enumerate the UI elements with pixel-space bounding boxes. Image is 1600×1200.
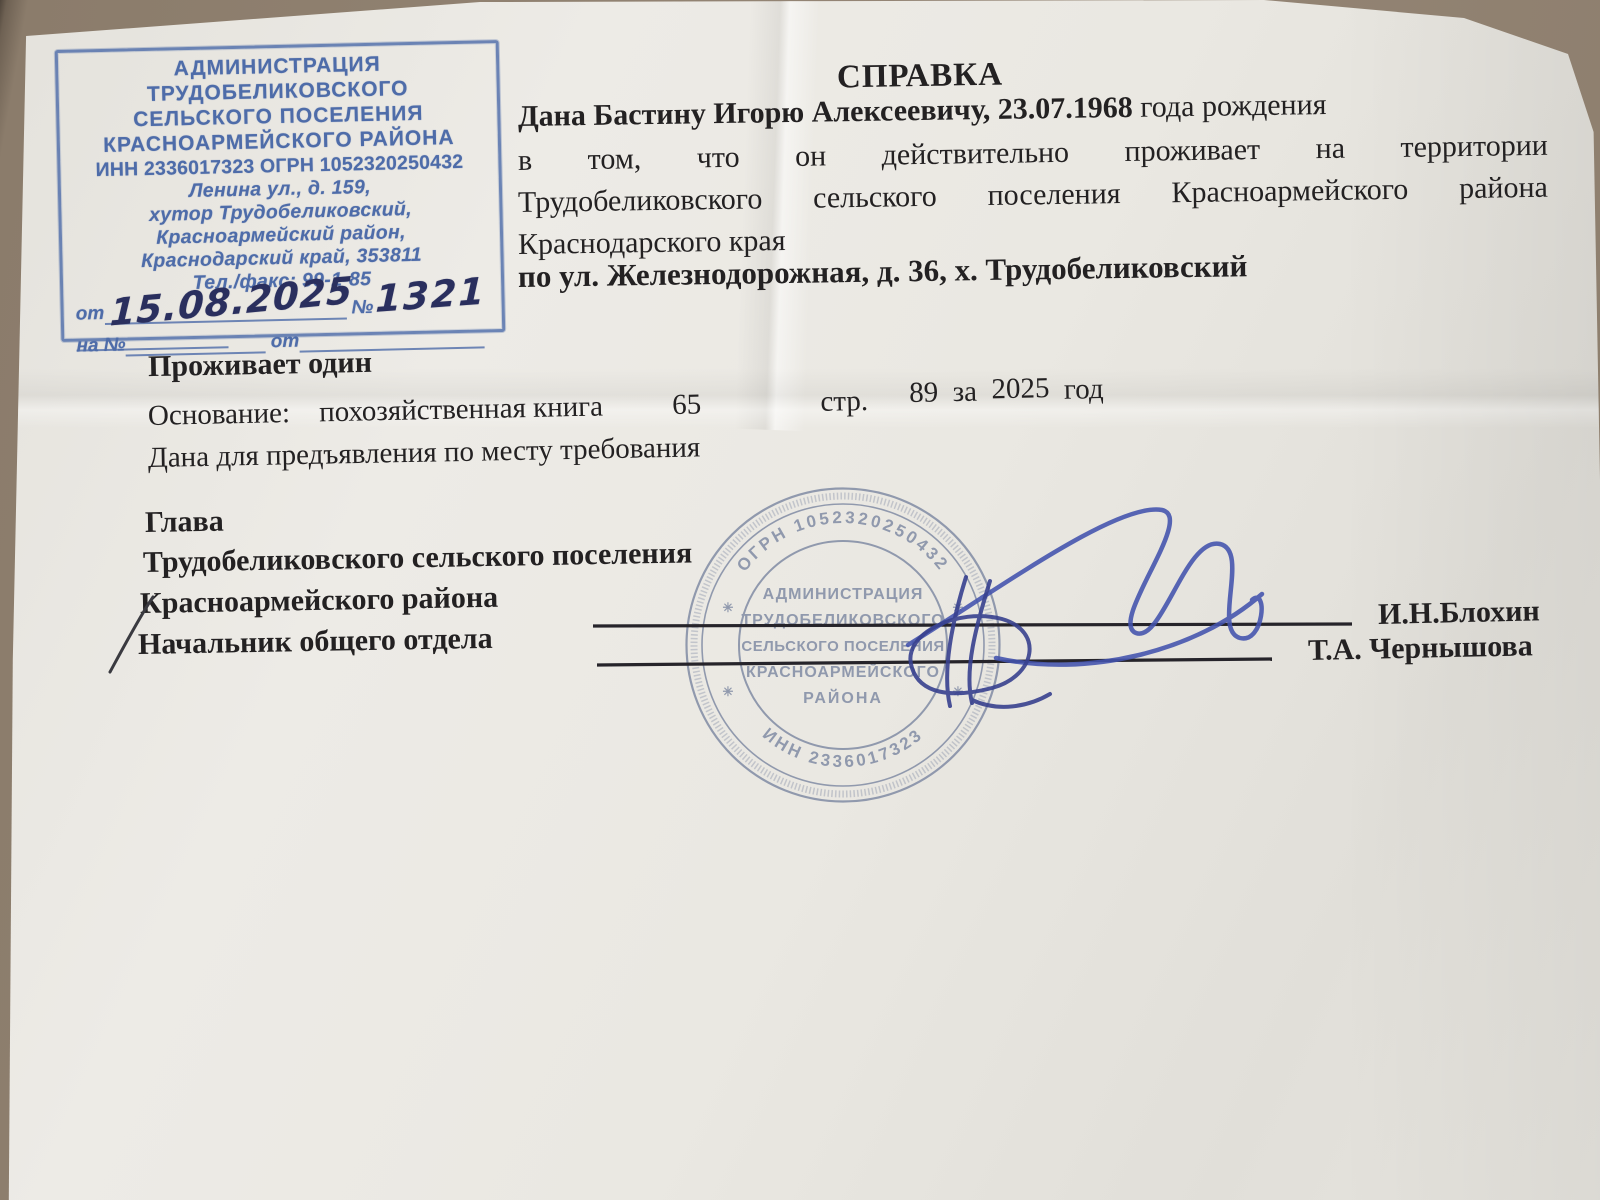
- post2-name: Т.А. Чернышова: [1308, 629, 1533, 668]
- basis-book-number: 65: [672, 388, 702, 421]
- stamp-on-no-label: на №: [76, 335, 126, 357]
- birth-suffix: года рождения: [1132, 88, 1326, 124]
- lives-alone-line: Проживает один: [148, 346, 373, 384]
- basis-for-label: за: [952, 376, 977, 409]
- post1-title-line1: Глава: [145, 505, 224, 540]
- body-line-3: ТрудобеликовскогосельскогопоселенияКрасн…: [518, 171, 1548, 220]
- seal-separator-icon: ✳: [953, 684, 964, 699]
- seal-center-line: СЕЛЬСКОГО ПОСЕЛЕНИЯ: [741, 638, 944, 655]
- seal-separator-icon: ✳: [723, 600, 734, 615]
- basis-page-label: стр.: [820, 385, 868, 418]
- stamp-no-label: №: [351, 297, 373, 318]
- seal-separator-icon: ✳: [723, 684, 734, 699]
- handwritten-number: 1321: [375, 269, 487, 321]
- seal-center-line: РАЙОНА: [803, 688, 883, 707]
- basis-year-word: год: [1064, 373, 1104, 406]
- signature-line-1: [593, 624, 1352, 626]
- basis-page-number: 89: [909, 376, 939, 409]
- photo-of-document: АДМИНИСТРАЦИЯ ТРУДОБЕЛИКОВСКОГО СЕЛЬСКОГ…: [0, 0, 1600, 1200]
- seal-inn-arc: ИНН 2336017323: [759, 724, 927, 771]
- post1-title-line3: Красноармейского района: [140, 581, 499, 621]
- body-line-2: втом,чтоондействительнопроживаетнатеррит…: [518, 129, 1548, 178]
- basis-label: Основание:: [148, 397, 291, 432]
- post1-title-line2: Трудобеликовского сельского поселения: [143, 536, 693, 580]
- basis-year: 2025: [991, 372, 1050, 405]
- seal-center-line: АДМИНИСТРАЦИЯ: [763, 586, 924, 603]
- seal-microtext-ring: [694, 496, 992, 794]
- seal-separator-icon: ✳: [953, 600, 964, 615]
- seal-center-line: ТРУДОБЕЛИКОВСКОГО: [741, 612, 944, 629]
- signature-post1-ink: [908, 509, 1262, 664]
- signature-line-2: [597, 659, 1272, 665]
- basis-book: похозяйственная книга: [319, 390, 603, 428]
- post1-name: И.Н.Блохин: [1378, 594, 1540, 632]
- document-content: АДМИНИСТРАЦИЯ ТРУДОБЕЛИКОВСКОГО СЕЛЬСКОГ…: [0, 0, 1600, 1200]
- basis-line: Основание: похозяйственная книга 65 стр.…: [148, 380, 1104, 433]
- corner-stamp: АДМИНИСТРАЦИЯ ТРУДОБЕЛИКОВСКОГО СЕЛЬСКОГ…: [55, 40, 506, 342]
- round-seal: ОГРН 1052320250432 ИНН 2336017323 ✳ ✳ ✳ …: [687, 489, 1000, 802]
- purpose-line: Дана для предъявления по месту требовани…: [148, 431, 701, 475]
- seal-ogrn-arc: ОГРН 1052320250432: [733, 508, 953, 575]
- stamp-from-label: от: [76, 303, 105, 325]
- signature-post2-ink: [910, 577, 1050, 707]
- seal-center-line: КРАСНОАРМЕЙСКОГО: [746, 662, 940, 681]
- post2-title: Начальник общего отдела: [138, 622, 493, 662]
